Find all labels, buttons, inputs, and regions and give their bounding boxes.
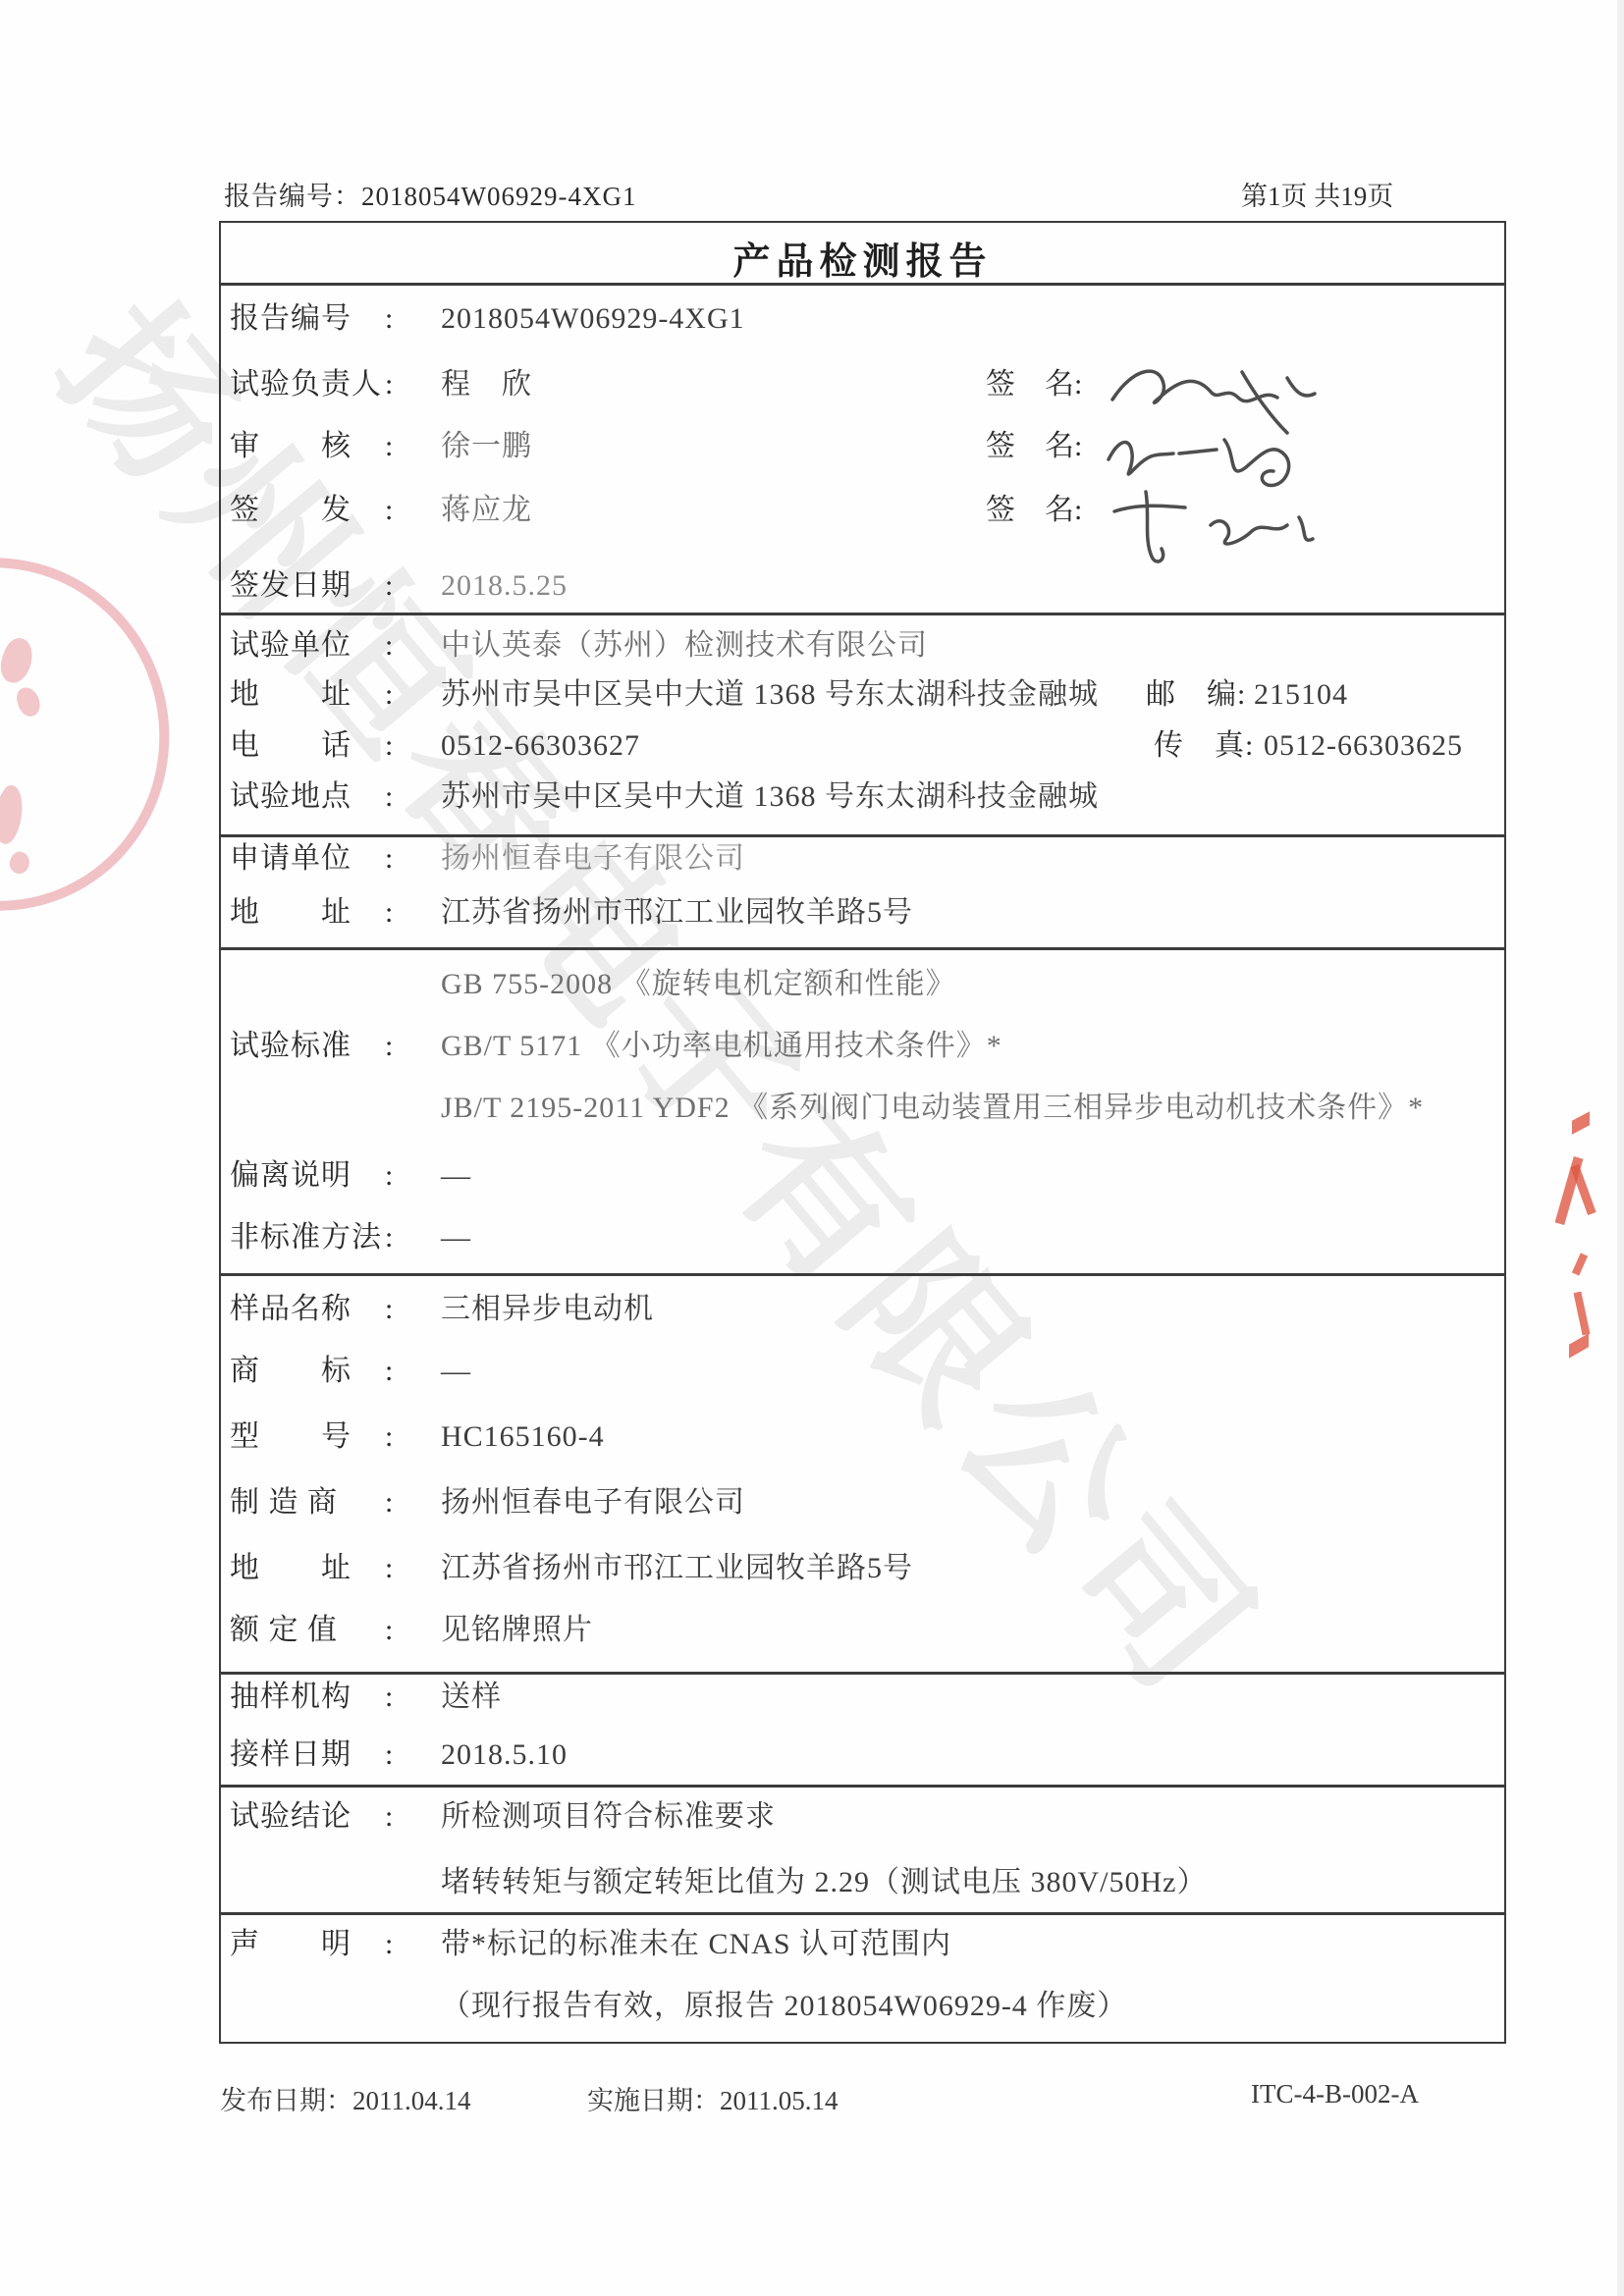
colon: :	[385, 777, 393, 817]
zip-value: 215104	[1254, 675, 1348, 715]
colon: :	[385, 491, 393, 530]
row-conclusion-2: 堵转转矩与额定转矩比值为 2.29（测试电压 380V/50Hz）	[221, 1863, 1504, 1902]
row-applicant-unit: 申请单位 : 扬州恒春电子有限公司	[221, 839, 1504, 879]
section-divider	[220, 1273, 1505, 1276]
field-label: 签 发	[230, 491, 352, 530]
field-label: 抽样机构	[230, 1678, 352, 1717]
page-footer: 发布日期：2011.04.14 实施日期：2011.05.14 ITC-4-B-…	[0, 2079, 1624, 2112]
implement-date: 实施日期：2011.05.14	[587, 2079, 839, 2117]
colon: :	[385, 1611, 393, 1650]
report-table: 产品检测报告 报告编号 : 2018054W06929-4XG1 试验负责人 :…	[219, 221, 1506, 2044]
row-receive-date: 接样日期 : 2018.5.10	[221, 1735, 1504, 1775]
row-rating: 额 定 值 : 见铭牌照片	[221, 1611, 1504, 1650]
red-fragment	[1572, 1253, 1588, 1275]
row-statement-2: （现行报告有效，原报告 2018054W06929-4 作废）	[221, 1987, 1504, 2026]
field-label: 电 话	[230, 726, 352, 766]
colon: :	[385, 626, 393, 666]
row-sampling-agency: 抽样机构 : 送样	[221, 1678, 1504, 1717]
row-issue-date: 签发日期 : 2018.5.25	[221, 566, 1504, 606]
statement-line: （现行报告有效，原报告 2018054W06929-4 作废）	[441, 1987, 1127, 2026]
colon: :	[385, 1156, 393, 1196]
sign-label: 签 名:	[986, 491, 1082, 530]
standard-line: JB/T 2195-2011 YDF2 《系列阀门电动装置用三相异步电动机技术条…	[441, 1089, 1424, 1128]
field-label: 型 号	[230, 1417, 352, 1457]
field-label: 报告编号	[230, 299, 352, 339]
section-divider	[220, 283, 1505, 286]
colon: :	[385, 1218, 393, 1257]
field-label: 试验地点	[230, 777, 352, 817]
field-value: 江苏省扬州市邗江工业园牧羊路5号	[441, 893, 913, 933]
colon: :	[385, 675, 393, 715]
field-label: 额 定 值	[230, 1611, 338, 1650]
field-label: 试验标准	[230, 1027, 352, 1066]
conclusion-line: 堵转转矩与额定转矩比值为 2.29（测试电压 380V/50Hz）	[441, 1863, 1207, 1902]
row-statement-1: 声 明 : 带*标记的标准未在 CNAS 认可范围内	[221, 1925, 1504, 1964]
field-label: 非标准方法	[230, 1218, 382, 1257]
field-value: 2018.5.25	[441, 566, 568, 606]
header-report-no: 报告编号：2018054W06929-4XG1	[224, 175, 636, 213]
report-title: 产品检测报告	[221, 231, 1504, 285]
colon: :	[385, 1417, 393, 1457]
field-label: 试验单位	[230, 626, 352, 666]
field-value: —	[441, 1352, 471, 1391]
publish-date: 发布日期：2011.04.14	[220, 2079, 471, 2117]
field-value: 三相异步电动机	[441, 1290, 654, 1329]
colon: :	[385, 1290, 393, 1329]
field-value: 中认英泰（苏州）检测技术有限公司	[441, 626, 928, 666]
field-value: 程 欣	[441, 365, 532, 404]
row-mfr-address: 地 址 : 江苏省扬州市邗江工业园牧羊路5号	[221, 1549, 1504, 1588]
row-lab-unit: 试验单位 : 中认英泰（苏州）检测技术有限公司	[221, 626, 1504, 666]
row-applicant-address: 地 址 : 江苏省扬州市邗江工业园牧羊路5号	[221, 893, 1504, 933]
field-value: 苏州市吴中区吴中大道 1368 号东太湖科技金融城	[441, 675, 1099, 715]
field-value: 见铭牌照片	[441, 1611, 593, 1650]
field-value: 扬州恒春电子有限公司	[441, 839, 745, 879]
colon: :	[385, 299, 393, 339]
red-fragment	[1569, 1333, 1589, 1359]
row-standard-1: GB 755-2008 《旋转电机定额和性能》	[221, 965, 1504, 1004]
field-value: 徐一鹏	[441, 427, 532, 466]
field-label: 商 标	[230, 1352, 352, 1391]
colon: :	[385, 1797, 393, 1837]
page-header: 报告编号：2018054W06929-4XG1 第1页 共19页	[0, 175, 1624, 210]
row-conclusion-1: 试验结论 : 所检测项目符合标准要求	[221, 1797, 1504, 1837]
row-nonstandard: 非标准方法 : —	[221, 1218, 1504, 1257]
field-label: 制 造 商	[230, 1483, 338, 1522]
section-divider	[220, 834, 1505, 837]
row-deviation: 偏离说明 : —	[221, 1156, 1504, 1196]
row-standard-3: JB/T 2195-2011 YDF2 《系列阀门电动装置用三相异步电动机技术条…	[221, 1089, 1504, 1128]
standard-line: GB/T 5171 《小功率电机通用技术条件》*	[441, 1027, 1002, 1066]
field-value: 苏州市吴中区吴中大道 1368 号东太湖科技金融城	[441, 777, 1099, 817]
conclusion-line: 所检测项目符合标准要求	[441, 1797, 776, 1837]
field-label: 地 址	[230, 1549, 352, 1588]
colon: :	[385, 1027, 393, 1066]
colon: :	[385, 1925, 393, 1964]
row-sample-name: 样品名称 : 三相异步电动机	[221, 1290, 1504, 1329]
field-label: 审 核	[230, 427, 352, 466]
signature-jiang-yinglong	[1095, 478, 1360, 571]
colon: :	[385, 1735, 393, 1775]
standard-line: GB 755-2008 《旋转电机定额和性能》	[441, 965, 956, 1004]
colon: :	[385, 1549, 393, 1588]
field-label: 试验负责人	[230, 365, 382, 404]
red-fragment	[1574, 1292, 1591, 1336]
zip-label: 邮 编:	[1146, 675, 1246, 715]
colon: :	[385, 1352, 393, 1391]
field-label: 接样日期	[230, 1735, 352, 1775]
field-value: —	[441, 1156, 471, 1196]
scan-edge-shade	[1617, 0, 1624, 2296]
field-label: 地 址	[230, 893, 352, 933]
row-standard-2: 试验标准 : GB/T 5171 《小功率电机通用技术条件》*	[221, 1027, 1504, 1066]
sign-label: 签 名:	[986, 365, 1082, 404]
colon: :	[385, 427, 393, 466]
fax-value: 0512-66303625	[1264, 726, 1463, 766]
field-value: 扬州恒春电子有限公司	[441, 1483, 745, 1522]
red-fragment	[1572, 1111, 1590, 1135]
section-divider	[220, 1672, 1505, 1675]
colon: :	[385, 726, 393, 766]
field-value: 0512-66303627	[441, 726, 640, 766]
row-lab-address: 地 址 : 苏州市吴中区吴中大道 1368 号东太湖科技金融城 邮 编: 215…	[221, 675, 1504, 715]
section-divider	[220, 1785, 1505, 1788]
colon: :	[385, 365, 393, 404]
colon: :	[385, 893, 393, 933]
row-lab-site: 试验地点 : 苏州市吴中区吴中大道 1368 号东太湖科技金融城	[221, 777, 1504, 817]
colon: :	[385, 566, 393, 606]
field-label: 样品名称	[230, 1290, 352, 1329]
colon: :	[385, 839, 393, 879]
field-value: 蒋应龙	[441, 491, 532, 530]
row-trademark: 商 标 : —	[221, 1352, 1504, 1391]
fax-label: 传 真:	[1154, 726, 1254, 766]
field-value: 江苏省扬州市邗江工业园牧羊路5号	[441, 1549, 913, 1588]
field-value: HC165160-4	[441, 1417, 605, 1457]
field-value: 2018054W06929-4XG1	[441, 299, 745, 339]
header-page-info: 第1页 共19页	[1241, 175, 1393, 213]
field-label: 偏离说明	[230, 1156, 352, 1196]
field-label: 地 址	[230, 675, 352, 715]
statement-line: 带*标记的标准未在 CNAS 认可范围内	[441, 1925, 951, 1964]
row-model: 型 号 : HC165160-4	[221, 1417, 1504, 1457]
row-lab-phone: 电 话 : 0512-66303627 传 真: 0512-66303625	[221, 726, 1504, 766]
row-report-no: 报告编号 : 2018054W06929-4XG1	[221, 299, 1504, 339]
colon: :	[385, 1483, 393, 1522]
form-code: ITC-4-B-002-A	[1251, 2079, 1419, 2109]
field-label: 签发日期	[230, 566, 352, 606]
field-value: —	[441, 1218, 471, 1257]
sign-label: 签 名:	[986, 427, 1082, 466]
section-divider	[220, 1912, 1505, 1915]
field-label: 声 明	[230, 1925, 352, 1964]
field-value: 2018.5.10	[441, 1735, 568, 1775]
document-page: 扬州恒春电子有限公司 报告编号：2018054W06929-4XG1 第1页 共…	[0, 0, 1624, 2296]
field-value: 送样	[441, 1678, 502, 1717]
section-divider	[220, 613, 1505, 615]
field-label: 试验结论	[230, 1797, 352, 1837]
row-manufacturer: 制 造 商 : 扬州恒春电子有限公司	[221, 1483, 1504, 1522]
section-divider	[220, 947, 1505, 950]
red-seal-stamp	[0, 521, 206, 947]
colon: :	[385, 1678, 393, 1717]
field-label: 申请单位	[230, 839, 352, 879]
